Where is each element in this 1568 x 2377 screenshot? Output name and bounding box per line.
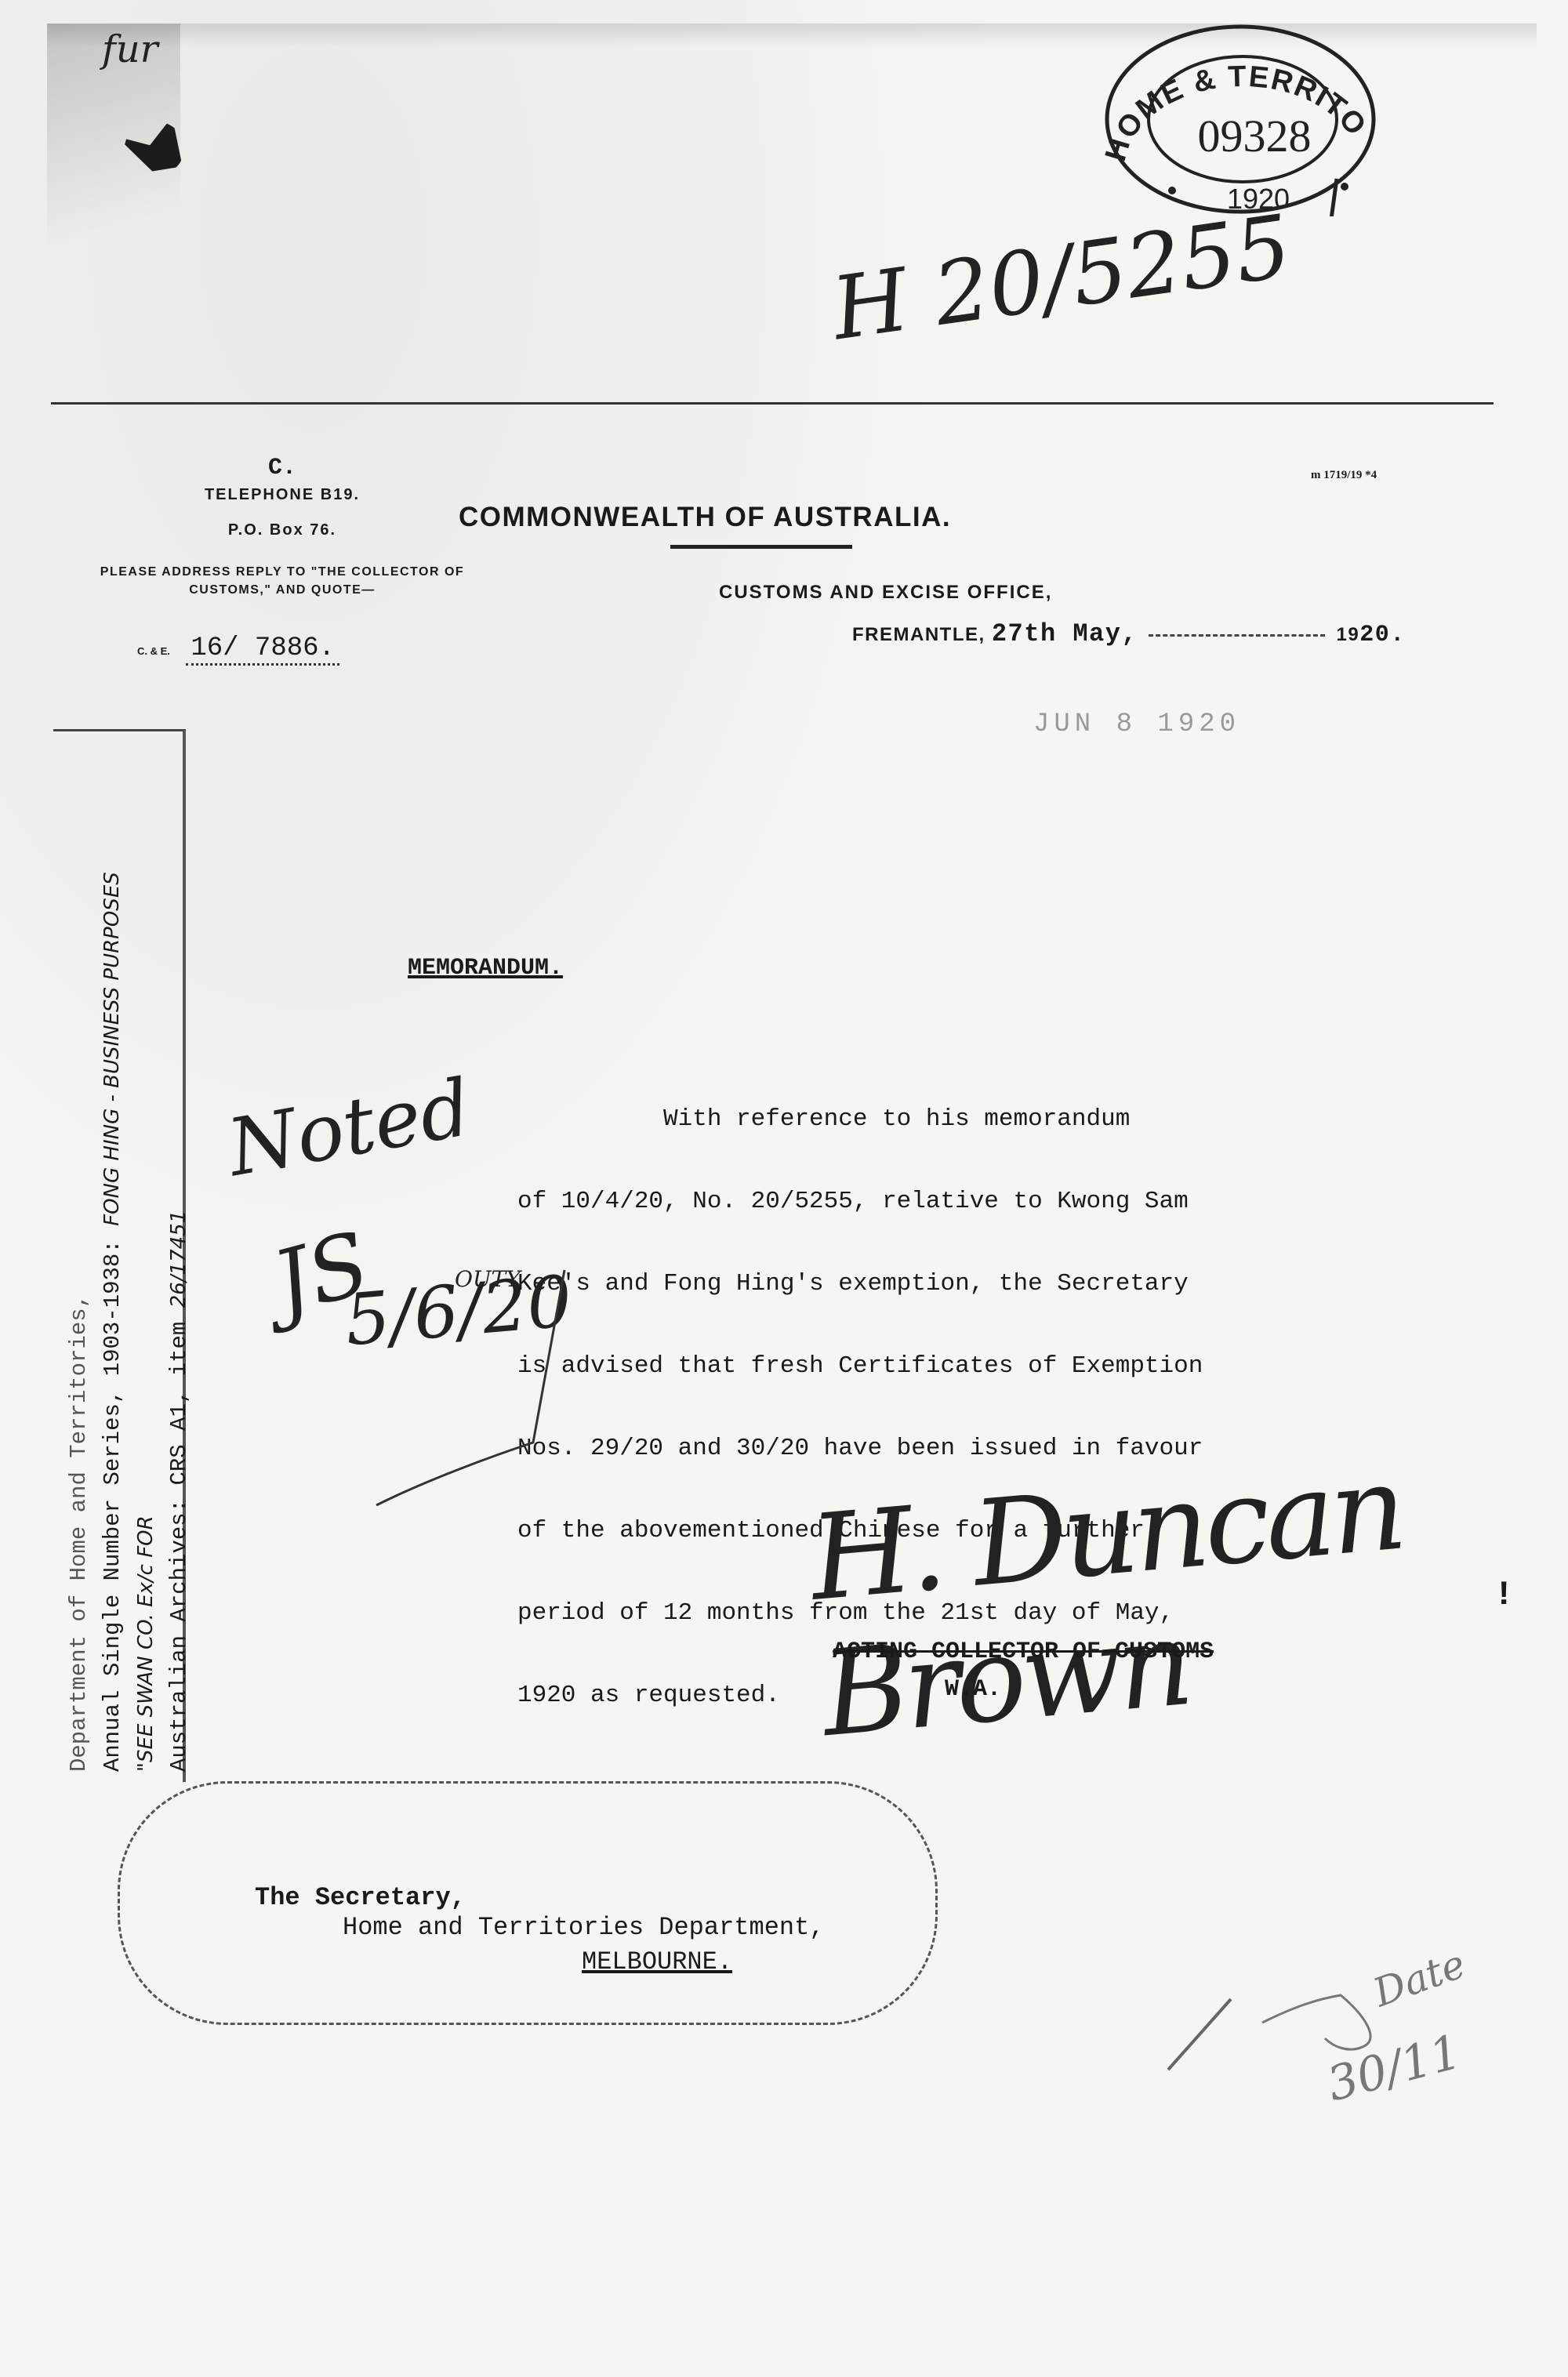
address-line-3: MELBOURNE. bbox=[582, 1947, 732, 1976]
body-line: Kee's and Fong Hing's exemption, the Sec… bbox=[517, 1270, 1419, 1297]
letterhead-po-box: P.O. Box 76. bbox=[94, 521, 470, 539]
document-page: fur HOME & TERRITORIES 09328 1920 H 20/5… bbox=[0, 0, 1568, 2377]
letterhead-dateline: FREMANTLE, 27th May, 1920. bbox=[852, 619, 1406, 648]
archive-label: Department of Home and Territories, Annu… bbox=[63, 729, 196, 1772]
quote-number: 16/ 7886. bbox=[186, 633, 339, 666]
pencil-note: Date 30/11 bbox=[1160, 1929, 1474, 2117]
registry-stamp: HOME & TERRITORIES 09328 1920 bbox=[1102, 22, 1380, 216]
archive-item-number: 26/17451 bbox=[167, 1210, 191, 1308]
archive-line-2: Annual Single Number Series, 1903-1938: … bbox=[96, 729, 129, 1772]
archive-line-1: Department of Home and Territories, bbox=[63, 729, 96, 1772]
archive-handwritten-note: FONG HING - BUSINESS PURPOSES bbox=[100, 872, 124, 1226]
body-line: is advised that fresh Certificates of Ex… bbox=[517, 1352, 1419, 1380]
signatory-region: W.A. bbox=[945, 1676, 1001, 1703]
letterhead-reply-instructions: PLEASE ADDRESS REPLY TO "THE COLLECTOR O… bbox=[94, 563, 470, 599]
svg-text:Date: Date bbox=[1367, 1941, 1471, 2016]
form-code: m 1719/19 *4 bbox=[1311, 469, 1377, 482]
edge-mark: ! bbox=[1494, 1576, 1514, 1615]
svg-text:09328: 09328 bbox=[1198, 111, 1312, 161]
year-suffix: 20. bbox=[1359, 622, 1406, 648]
file-reference: H 20/5255 bbox=[826, 196, 1297, 360]
letterhead-quote-ref: C. & E. 16/ 7886. bbox=[137, 633, 339, 663]
pencil-scribble-icon: Date 30/11 bbox=[1160, 1929, 1474, 2117]
address-window bbox=[118, 1781, 938, 2025]
letterhead-c-mark: C. bbox=[94, 455, 470, 481]
margin-note-noted: Noted bbox=[221, 1061, 477, 1194]
date-typed: 27th May, bbox=[992, 619, 1138, 648]
body-line: of 10/4/20, No. 20/5255, relative to Kwo… bbox=[517, 1188, 1419, 1215]
received-date-stamp: JUN 8 1920 bbox=[1033, 709, 1240, 739]
svg-text:30/11: 30/11 bbox=[1322, 2024, 1467, 2112]
letterhead-title: COMMONWEALTH OF AUSTRALIA. bbox=[459, 502, 951, 533]
archive-line-3: "SEE SWAN CO. Ex/c FOR bbox=[129, 729, 162, 1772]
title-underline bbox=[670, 545, 852, 549]
body-line: With reference to his memorandum bbox=[517, 1105, 1419, 1133]
date-dotted-line bbox=[1149, 634, 1325, 637]
signatory-title: ACTING COLLECTOR OF CUSTOMS bbox=[833, 1638, 1214, 1665]
address-line-2: Home and Territories Department, bbox=[343, 1913, 825, 1942]
header-divider bbox=[51, 402, 1494, 405]
letterhead-office: CUSTOMS AND EXCISE OFFICE, bbox=[719, 582, 1052, 604]
archive-line-4: Australian Archives: CRS A1, item 26/174… bbox=[162, 729, 196, 1772]
address-line-1: The Secretary, bbox=[255, 1883, 466, 1912]
memo-heading: MEMORANDUM. bbox=[408, 955, 563, 982]
year-prefix: 19 bbox=[1337, 624, 1360, 645]
corner-initials: fur bbox=[102, 27, 158, 71]
letterhead-telephone: TELEPHONE B19. bbox=[94, 486, 470, 504]
margin-bracket-stroke-icon bbox=[329, 1254, 580, 1552]
quote-label: C. & E. bbox=[137, 645, 170, 657]
place: FREMANTLE, bbox=[852, 624, 985, 645]
stamp-oval-icon: HOME & TERRITORIES 09328 1920 bbox=[1102, 22, 1380, 216]
